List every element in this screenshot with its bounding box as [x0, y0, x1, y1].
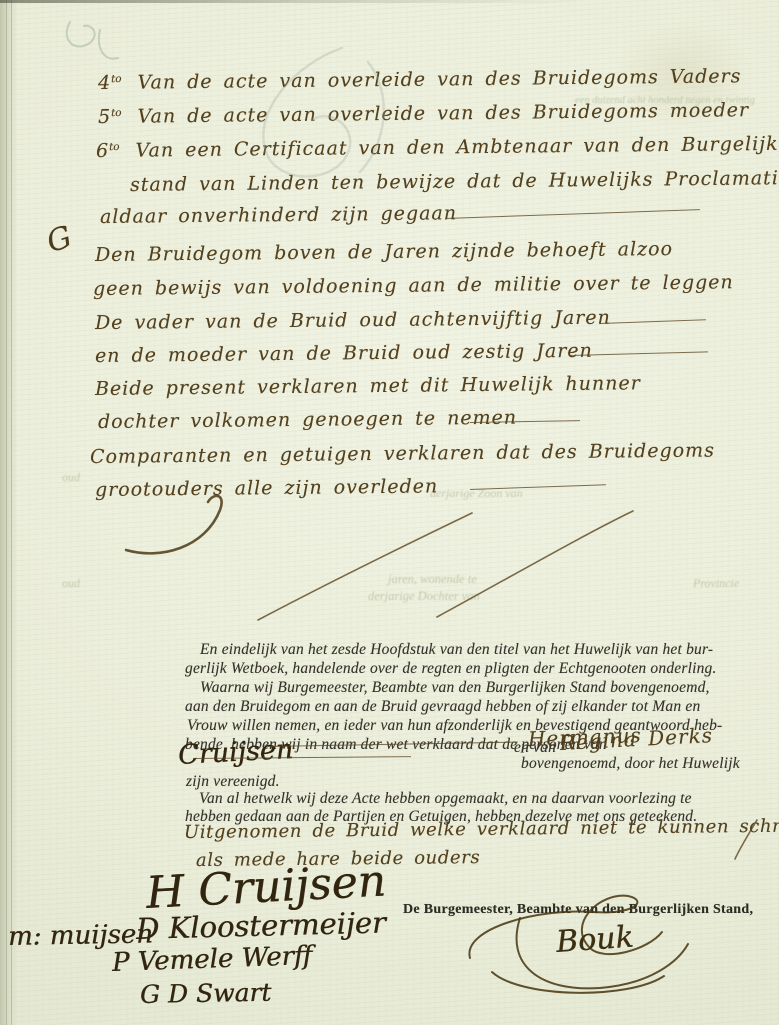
marriage-act-document-page: een duizend acht honderd negen en twinti…: [0, 0, 779, 1025]
item-ordinal: to: [111, 107, 122, 119]
bleedthrough-text: Provincie: [693, 576, 739, 591]
page-edge-line: [11, 0, 12, 1025]
ink-rule: [600, 319, 706, 324]
manuscript-line: grootouders alle zijn overleden: [95, 475, 438, 501]
groom-surname-handwritten: Cruijsen: [177, 734, 294, 771]
manuscript-line: Beide present verklaren met dit Huwelijk…: [95, 372, 641, 400]
manuscript-text: Van de acte van overleide van des Bruide…: [137, 65, 741, 93]
page-top-edge: [0, 0, 779, 3]
pencil-ghost: [67, 22, 118, 59]
margin-mark: G: [43, 219, 78, 260]
manuscript-numbered-line: 5toVan de acte van overleide van des Bru…: [98, 99, 749, 128]
bleedthrough-text: jaren, wonende te: [388, 572, 477, 587]
printed-line: Waarna wij Burgemeester, Beambte van den…: [200, 679, 710, 697]
manuscript-line: dochter volkomen genoegen te nemen: [98, 407, 517, 433]
page-left-edge: [0, 0, 18, 1025]
printed-line: aan den Bruidegom en aan de Bruid gevraa…: [185, 698, 700, 716]
printed-line: gerlijk Wetboek, handelende over de regt…: [185, 660, 717, 678]
item-ordinal: to: [111, 73, 122, 85]
manuscript-text: Van de acte van overleide van des Bruide…: [137, 99, 749, 127]
bleedthrough-text: derjarige Dochter van: [368, 589, 480, 604]
manuscript-line: stand van Linden ten bewijze dat de Huwe…: [130, 167, 779, 196]
printed-line: En eindelijk van het zesde Hoofdstuk van…: [200, 641, 713, 659]
ink-flourish: [126, 496, 222, 553]
item-number: 6: [96, 140, 109, 162]
bleedthrough-text: oud: [62, 470, 80, 485]
official-title: De Burgemeester, Beambte van den Burgerl…: [403, 902, 753, 918]
item-number: 5: [98, 106, 111, 128]
item-ordinal: to: [109, 141, 120, 153]
manuscript-line: geen bewijs van voldoening aan de militi…: [93, 271, 734, 300]
manuscript-line: en de moeder van de Bruid oud zestig Jar…: [95, 340, 593, 367]
printed-line: zijn vereenigd.: [186, 773, 280, 791]
manuscript-line: aldaar onverhinderd zijn gegaan: [100, 202, 457, 228]
page-edge-line: [6, 0, 7, 1025]
manuscript-numbered-line: 6toVan een Certificaat van den Ambtenaar…: [96, 133, 779, 162]
item-number: 4: [98, 72, 111, 94]
witness-signature: P Vemele Werff: [111, 941, 312, 978]
manuscript-numbered-line: 4toVan de acte van overleide van des Bru…: [98, 65, 742, 94]
manuscript-text: Van een Certificaat van den Ambtenaar va…: [135, 133, 779, 162]
manuscript-line: Comparanten en getuigen verklaren dat de…: [90, 439, 715, 468]
bleedthrough-text: oud: [62, 576, 80, 591]
ink-rule: [445, 209, 700, 219]
official-signature-flourish: [492, 972, 664, 993]
official-signature-text: Bouk: [555, 920, 635, 960]
manuscript-line: De vader van de Bruid oud achtenvijftig …: [95, 307, 611, 334]
witness-signature: D Kloostermeijer: [136, 905, 387, 946]
manuscript-line: Den Bruidegom boven de Jaren zijnde beho…: [95, 238, 673, 266]
printed-line: bovengenoemd, door het Huwelijk: [521, 755, 740, 773]
printed-line: Van al hetwelk wij deze Acte hebben opge…: [199, 790, 692, 808]
witness-signature: G D Swart: [140, 978, 272, 1009]
